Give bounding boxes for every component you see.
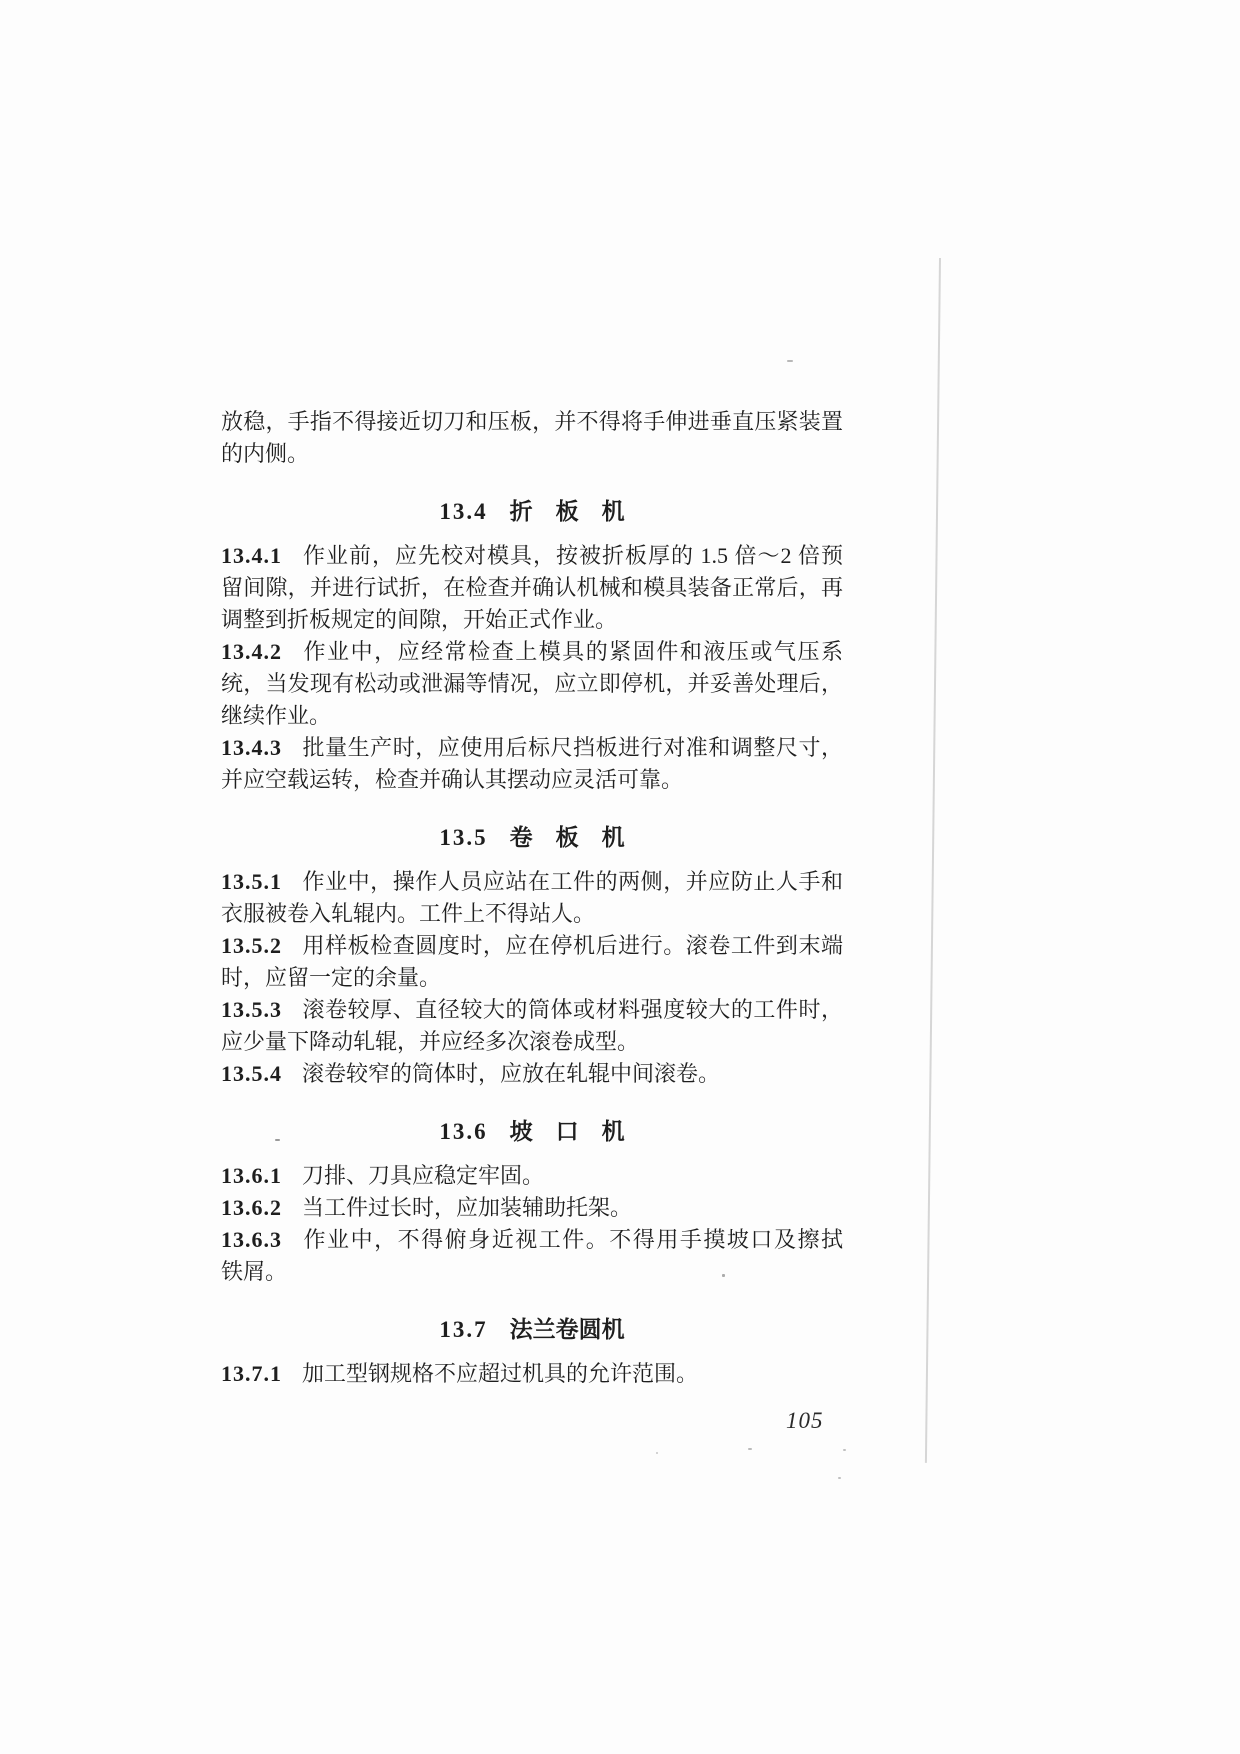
scanned-document-page: 放稳，手指不得接近切刀和压板，并不得将手伸进垂直压紧装置 的内侧。 13.4折 … bbox=[0, 0, 1240, 1754]
clause-number: 13.6.3 bbox=[221, 1227, 282, 1252]
clause-number: 13.5.4 bbox=[221, 1061, 282, 1086]
section-title: 坡 口 机 bbox=[510, 1119, 625, 1144]
clause-line: 13.4.1作业前，应先校对模具，按被折板厚的 1.5 倍～2 倍预 bbox=[221, 540, 843, 572]
clause-text: 作业中，操作人员应站在工件的两侧，并应防止人手和 bbox=[302, 869, 843, 894]
clause-line: 13.4.3批量生产时，应使用后标尺挡板进行对准和调整尺寸， bbox=[221, 732, 843, 764]
clause-text: 加工型钢规格不应超过机具的允许范围。 bbox=[302, 1361, 698, 1386]
section-heading: 13.5卷 板 机 bbox=[221, 822, 843, 854]
text-line: 继续作业。 bbox=[221, 700, 843, 732]
clause-number: 13.6.2 bbox=[221, 1195, 282, 1220]
clause-text: 用样板检查圆度时，应在停机后进行。滚卷工件到末端 bbox=[302, 933, 843, 958]
clause-line: 13.6.1刀排、刀具应稳定牢固。 bbox=[221, 1160, 843, 1192]
clause-line: 13.5.2用样板检查圆度时，应在停机后进行。滚卷工件到末端 bbox=[221, 930, 843, 962]
clause-line: 13.5.3滚卷较厚、直径较大的筒体或材料强度较大的工件时， bbox=[221, 994, 843, 1026]
clause-number: 13.4.3 bbox=[221, 735, 282, 760]
text-line: 铁屑。 bbox=[221, 1256, 843, 1288]
section-number: 13.5 bbox=[439, 825, 487, 850]
text-line: 时，应留一定的余量。 bbox=[221, 962, 843, 994]
clause-number: 13.7.1 bbox=[221, 1361, 282, 1386]
text-line: 调整到折板规定的间隙，开始正式作业。 bbox=[221, 604, 843, 636]
clause-text: 批量生产时，应使用后标尺挡板进行对准和调整尺寸， bbox=[302, 735, 843, 760]
section-title: 法兰卷圆机 bbox=[510, 1317, 625, 1342]
section-heading: 13.6坡 口 机 bbox=[221, 1116, 843, 1148]
clause-text: 滚卷较厚、直径较大的筒体或材料强度较大的工件时， bbox=[302, 997, 843, 1022]
section-number: 13.7 bbox=[439, 1317, 487, 1342]
clause-text: 滚卷较窄的筒体时，应放在轧辊中间滚卷。 bbox=[302, 1061, 720, 1086]
clause-number: 13.5.3 bbox=[221, 997, 282, 1022]
clause-line: 13.4.2作业中，应经常检查上模具的紧固件和液压或气压系 bbox=[221, 636, 843, 668]
clause-line: 13.6.2当工件过长时，应加装辅助托架。 bbox=[221, 1192, 843, 1224]
scan-speck bbox=[787, 360, 793, 362]
clause-text: 作业中，不得俯身近视工件。不得用手摸坡口及擦拭 bbox=[302, 1227, 843, 1252]
section-number: 13.4 bbox=[439, 499, 487, 524]
clause-number: 13.5.1 bbox=[221, 869, 282, 894]
text-line: 留间隙，并进行试折，在检查并确认机械和模具装备正常后，再 bbox=[221, 572, 843, 604]
page-edge-shadow bbox=[925, 258, 941, 1463]
scan-speck bbox=[748, 1448, 752, 1450]
text-line: 并应空载运转，检查并确认其摆动应灵活可靠。 bbox=[221, 764, 843, 796]
clause-text: 作业中，应经常检查上模具的紧固件和液压或气压系 bbox=[302, 639, 843, 664]
clause-line: 13.7.1加工型钢规格不应超过机具的允许范围。 bbox=[221, 1358, 843, 1390]
clause-text: 作业前，应先校对模具，按被折板厚的 1.5 倍～2 倍预 bbox=[302, 543, 843, 568]
clause-number: 13.5.2 bbox=[221, 933, 282, 958]
clause-line: 13.6.3作业中，不得俯身近视工件。不得用手摸坡口及擦拭 bbox=[221, 1224, 843, 1256]
clause-line: 13.5.1作业中，操作人员应站在工件的两侧，并应防止人手和 bbox=[221, 866, 843, 898]
text-line: 统，当发现有松动或泄漏等情况，应立即停机，并妥善处理后， bbox=[221, 668, 843, 700]
section-heading: 13.4折 板 机 bbox=[221, 496, 843, 528]
clause-text: 刀排、刀具应稳定牢固。 bbox=[302, 1163, 544, 1188]
section-title: 卷 板 机 bbox=[510, 825, 625, 850]
page-content: 放稳，手指不得接近切刀和压板，并不得将手伸进垂直压紧装置 的内侧。 13.4折 … bbox=[221, 406, 843, 1390]
text-line: 衣服被卷入轧辊内。工件上不得站人。 bbox=[221, 898, 843, 930]
section-heading: 13.7法兰卷圆机 bbox=[221, 1314, 843, 1346]
section-title: 折 板 机 bbox=[510, 499, 625, 524]
section-number: 13.6 bbox=[439, 1119, 487, 1144]
scan-speck bbox=[838, 1477, 841, 1479]
clause-number: 13.6.1 bbox=[221, 1163, 282, 1188]
text-line: 的内侧。 bbox=[221, 438, 843, 470]
scan-speck bbox=[656, 1452, 658, 1454]
clause-number: 13.4.2 bbox=[221, 639, 282, 664]
clause-text: 当工件过长时，应加装辅助托架。 bbox=[302, 1195, 632, 1220]
clause-number: 13.4.1 bbox=[221, 543, 282, 568]
clause-line: 13.5.4滚卷较窄的筒体时，应放在轧辊中间滚卷。 bbox=[221, 1058, 843, 1090]
page-number: 105 bbox=[786, 1408, 824, 1434]
text-line: 应少量下降动轧辊，并应经多次滚卷成型。 bbox=[221, 1026, 843, 1058]
scan-speck bbox=[843, 1449, 846, 1451]
text-line: 放稳，手指不得接近切刀和压板，并不得将手伸进垂直压紧装置 bbox=[221, 406, 843, 438]
